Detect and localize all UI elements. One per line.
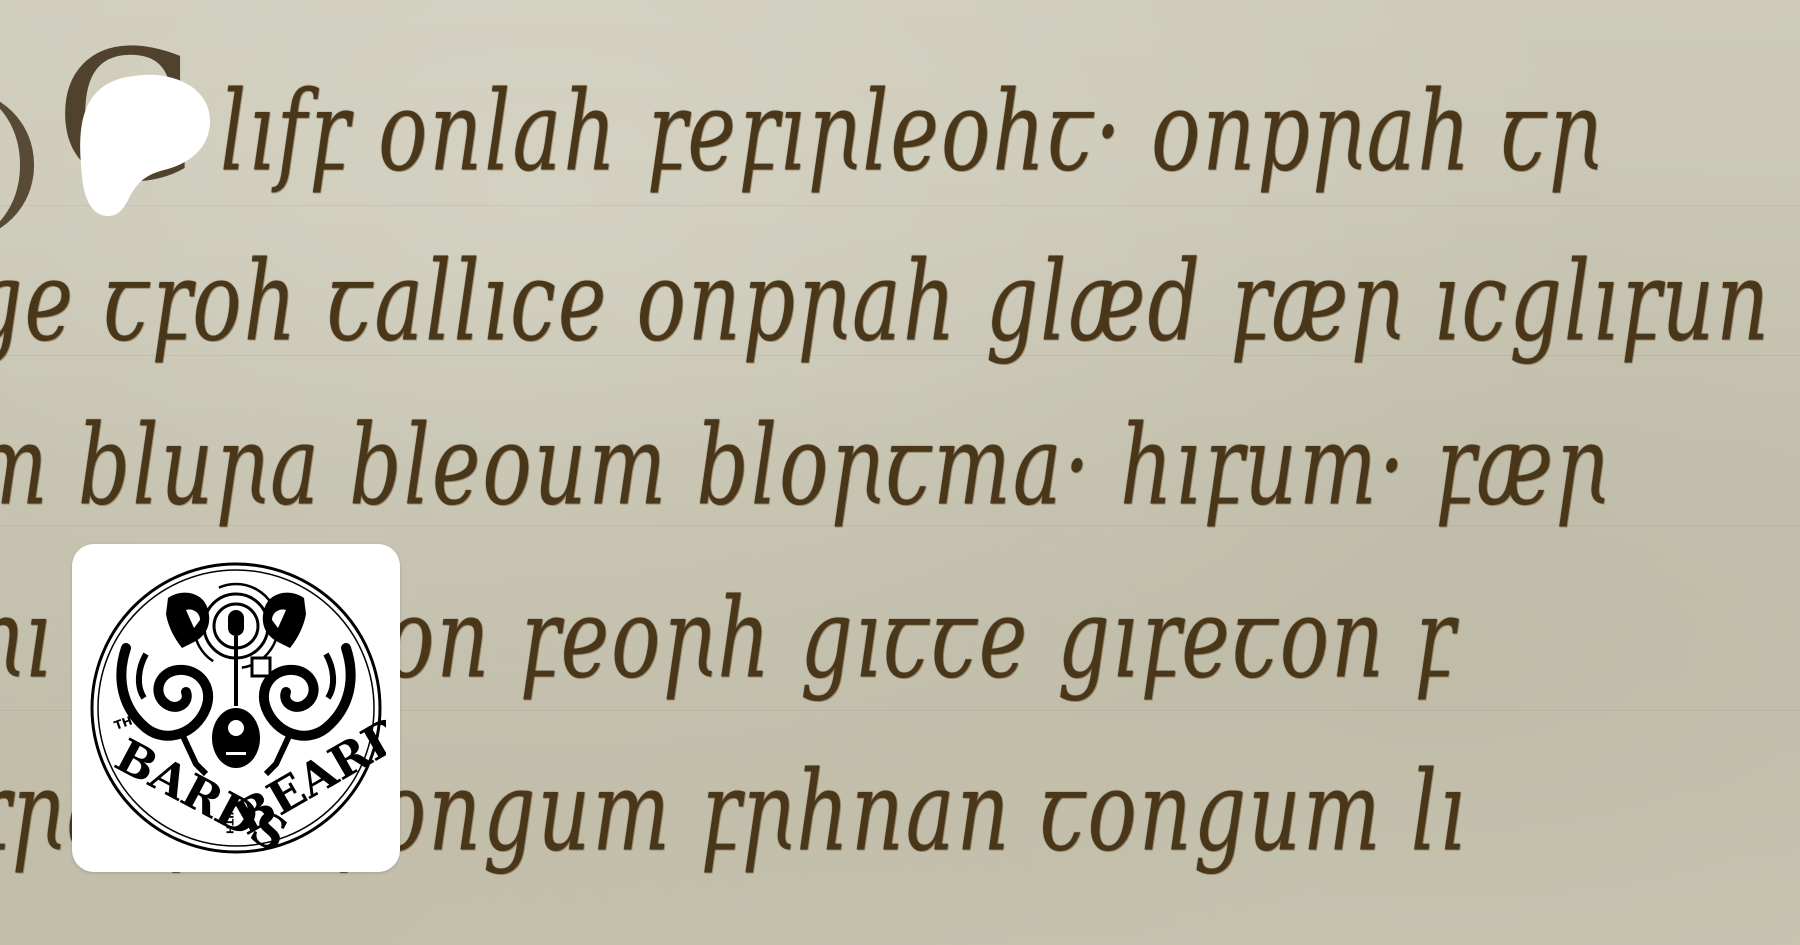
manuscript-line-2: ge ꞇꝼoh ꞇallıce onpꞃah glæd ꝼæꞃ ıcglıꝼun	[0, 238, 1771, 366]
patreon-logo-icon	[78, 72, 212, 216]
decorative-initial-stroke	[0, 90, 34, 240]
preview-card: G lıfꝼ onlah ꝼeꝼıꞃleohꞇ· onpꞃah ꞇꞃ ge ꞇꝼ…	[0, 0, 1800, 945]
manuscript-line-1: lıfꝼ onlah ꝼeꝼıꞃleohꞇ· onpꞃah ꞇꞃ	[220, 68, 1603, 196]
manuscript-line-3: m bluꞃa bleoum bloꞃꞇma· hıꝼum· ꝼæꞃ	[0, 402, 1610, 530]
podcast-logo-card: THE BARDS WITH BEARDS	[72, 544, 400, 872]
bards-with-beards-logo-icon: THE BARDS WITH BEARDS	[86, 558, 386, 858]
parchment-ruling	[0, 205, 1800, 206]
